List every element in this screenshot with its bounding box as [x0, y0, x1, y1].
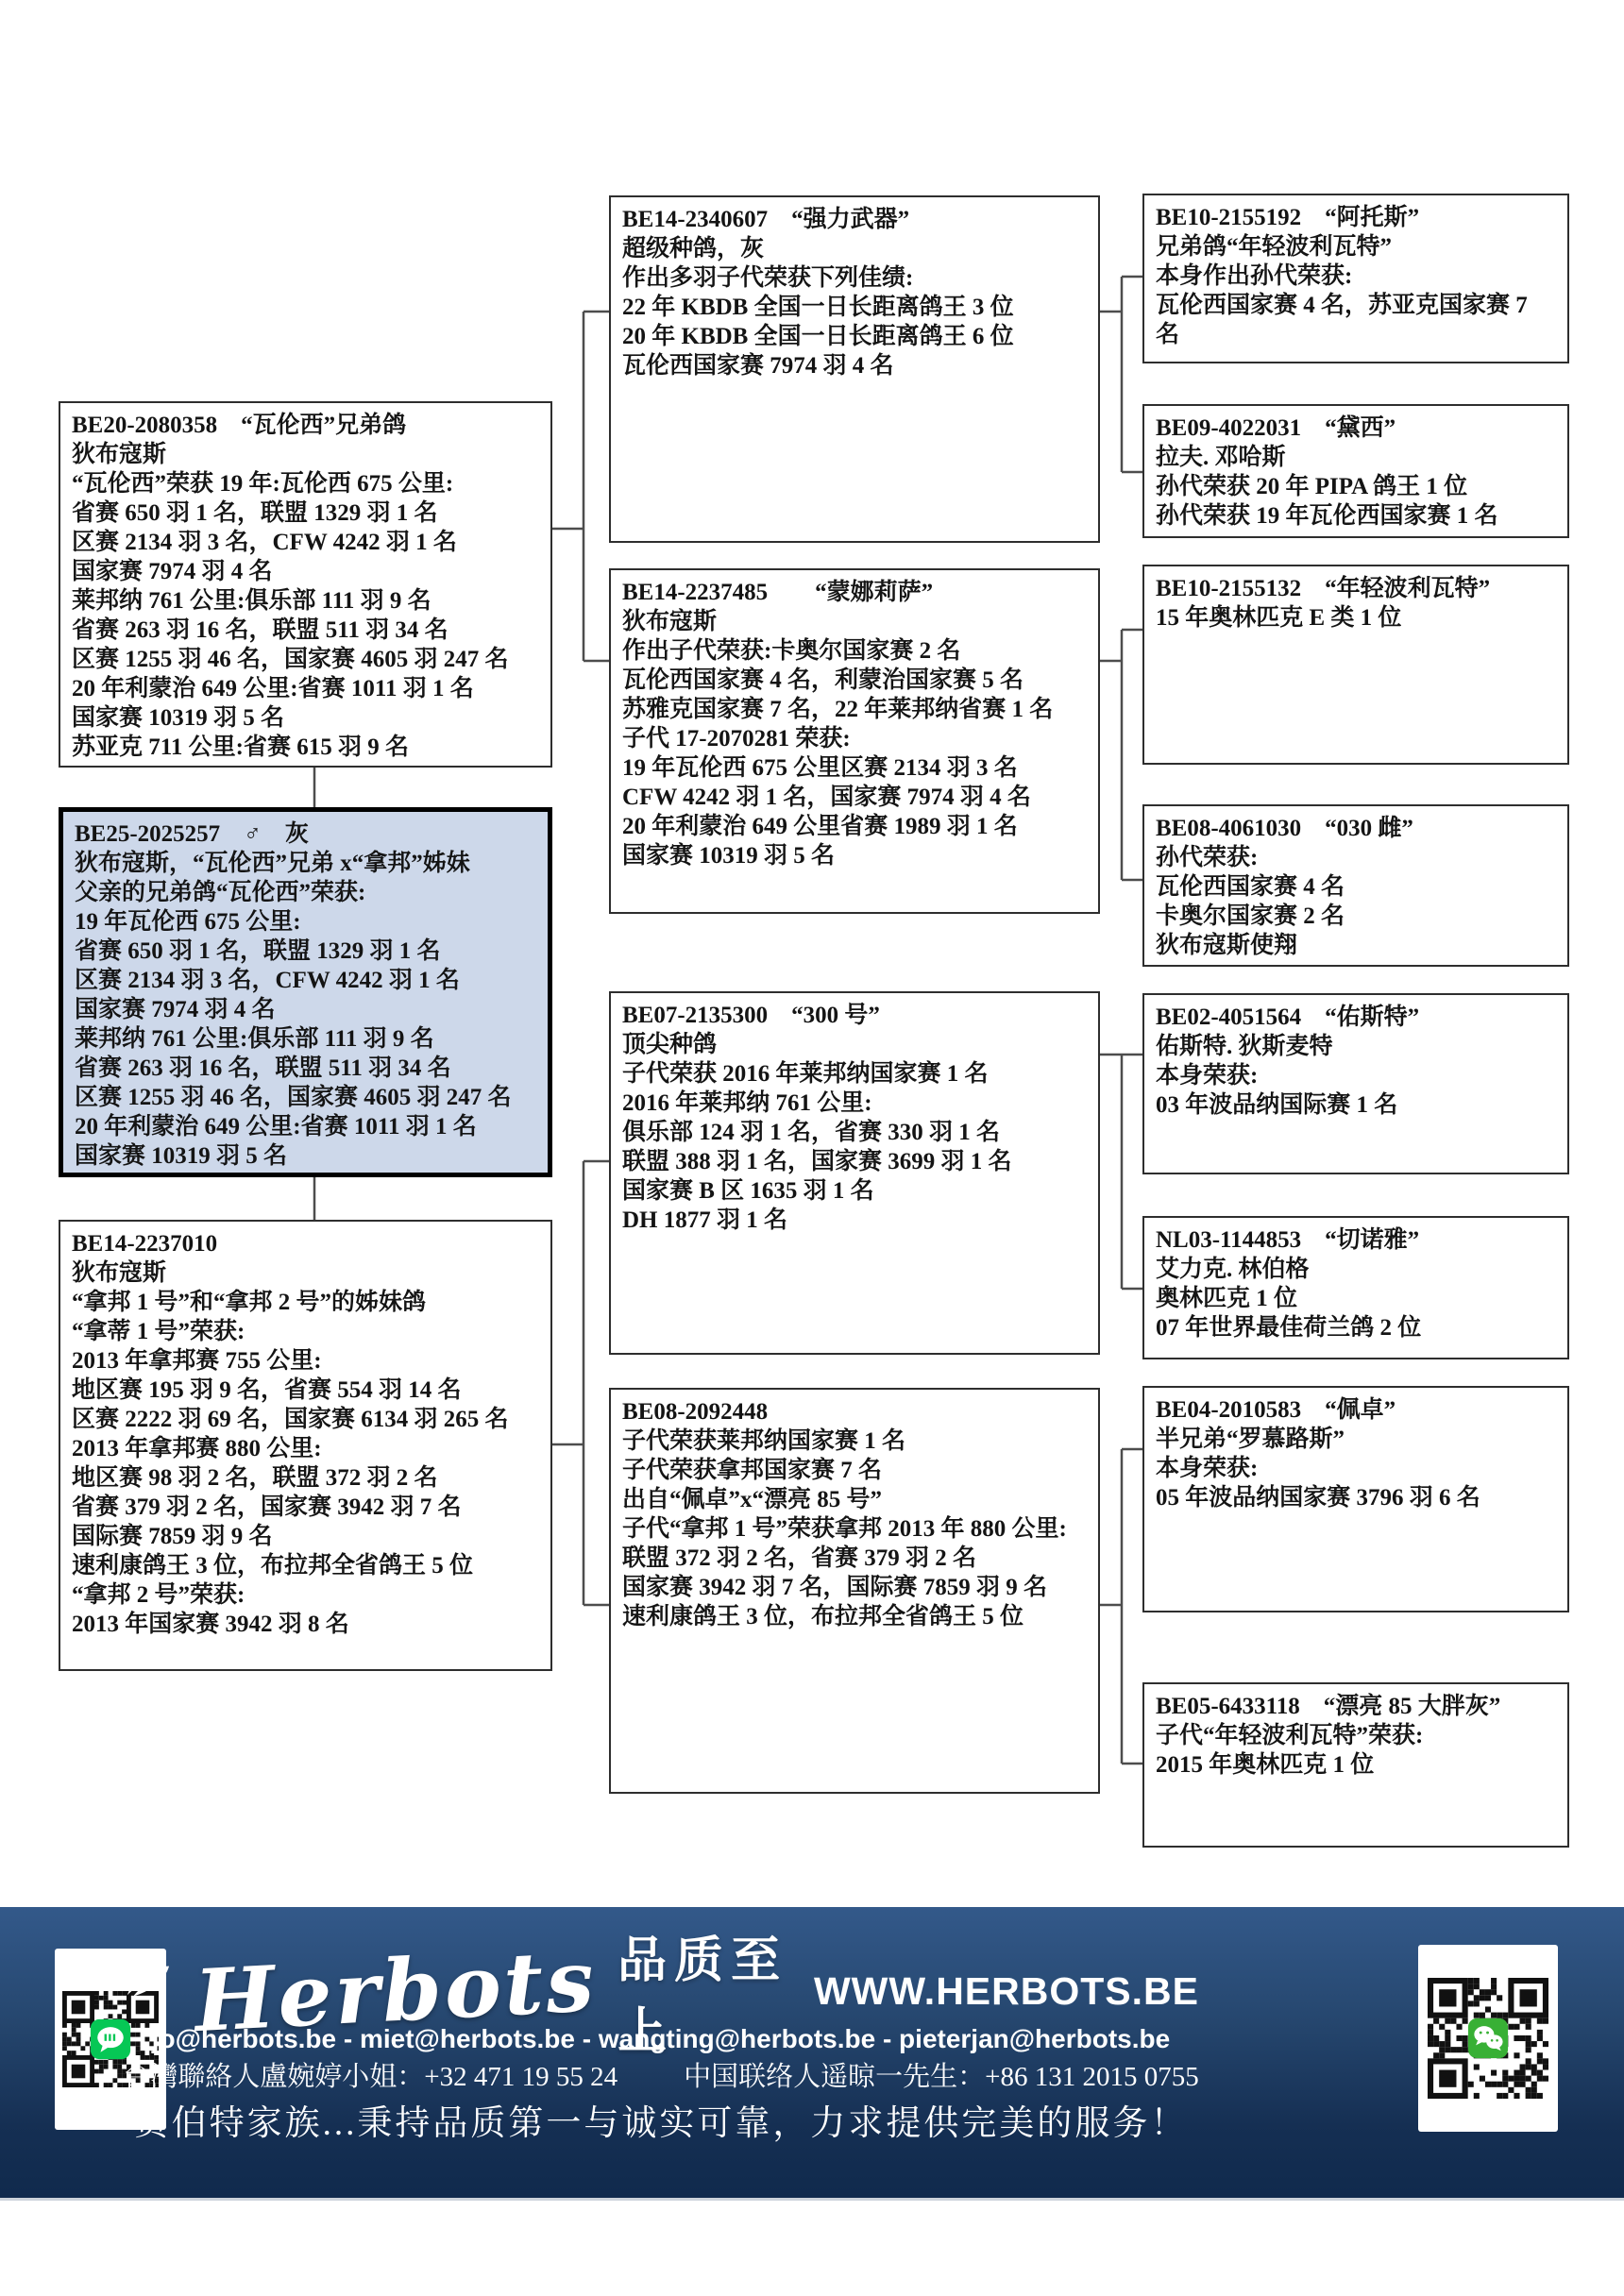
pedigree-text-line: 佑斯特. 狄斯麦特: [1156, 1032, 1556, 1061]
pedigree-box-BE25-2025257-subject: BE25-2025257 ♂ 灰狄布寇斯，“瓦伦西”兄弟 x“拿邦”姊妹父亲的兄…: [59, 807, 552, 1177]
pedigree-text-line: 作出子代荣获:卡奥尔国家赛 2 名: [622, 636, 1087, 666]
pedigree-text-line: 22 年 KBDB 全国一日长距离鸽王 3 位: [622, 293, 1087, 322]
wire-L3-to-M3-M4: [552, 1161, 609, 1605]
pedigree-box-BE05-6433118: BE05-6433118 “漂亮 85 大胖灰”子代“年轻波利瓦特”荣获:201…: [1142, 1682, 1569, 1848]
pedigree-text-line: 国家赛 7974 羽 4 名: [75, 995, 536, 1024]
contact-taiwan: 台灣聯絡人盧婉婷小姐：+32 471 19 55 24: [123, 2064, 617, 2091]
pedigree-text-line: 狄布寇斯: [72, 440, 539, 469]
pigeon-ring-title: BE14-2237010: [72, 1229, 539, 1258]
pigeon-ring-title: BE08-4061030 “030 雌”: [1156, 814, 1556, 843]
pedigree-text-line: 作出多羽子代荣获下列佳绩:: [622, 263, 1087, 293]
pedigree-text-line: 子代“年轻波利瓦特”荣获:: [1156, 1721, 1556, 1750]
footer-banner: Herbots 品质至上 WWW.HERBOTS.BE jo@herbots.b…: [0, 1907, 1624, 2201]
pedigree-page: { "pedigree": { "line_color": "#4d4d4d",…: [0, 0, 1624, 2296]
pedigree-text-line: 19 年瓦伦西 675 公里区赛 2134 羽 3 名: [622, 753, 1087, 783]
pedigree-box-BE14-2340607: BE14-2340607 “强力武器”超级种鸽，灰作出多羽子代荣获下列佳绩:22…: [609, 195, 1100, 543]
pigeon-ring-title: BE25-2025257 ♂ 灰: [75, 819, 536, 849]
pedigree-text-line: 半兄弟“罗慕路斯”: [1156, 1425, 1556, 1454]
pedigree-text-line: “拿邦 2 号”荣获:: [72, 1580, 539, 1610]
pigeon-ring-title: BE09-4022031 “黛西”: [1156, 414, 1556, 443]
pedigree-text-line: 本身荣获:: [1156, 1061, 1556, 1090]
pedigree-text-line: 兄弟鸽“年轻波利瓦特”: [1156, 232, 1556, 262]
pedigree-text-line: “瓦伦西”荣获 19 年:瓦伦西 675 公里:: [72, 469, 539, 498]
pedigree-box-BE02-4051564: BE02-4051564 “佑斯特”佑斯特. 狄斯麦特本身荣获:03 年波品纳国…: [1142, 993, 1569, 1174]
pedigree-text-line: 03 年波品纳国际赛 1 名: [1156, 1090, 1556, 1120]
pigeon-ring-title: BE08-2092448: [622, 1397, 1087, 1427]
pedigree-box-BE10-2155132: BE10-2155132 “年轻波利瓦特”15 年奥林匹克 E 类 1 位: [1142, 565, 1569, 765]
pedigree-text-line: 超级种鸽，灰: [622, 234, 1087, 263]
pedigree-text-line: 艾力克. 林伯格: [1156, 1255, 1556, 1284]
pedigree-text-line: 国际赛 7859 羽 9 名: [72, 1522, 539, 1551]
pedigree-text-line: 2016 年莱邦纳 761 公里:: [622, 1089, 1087, 1118]
pedigree-text-line: 拉夫. 邓哈斯: [1156, 443, 1556, 472]
pedigree-text-line: 子代荣获莱邦纳国家赛 1 名: [622, 1427, 1087, 1456]
pigeon-ring-title: NL03-1144853 “切诺雅”: [1156, 1225, 1556, 1255]
pedigree-text-line: 2013 年国家赛 3942 羽 8 名: [72, 1610, 539, 1639]
pedigree-text-line: 省赛 650 羽 1 名，联盟 1329 羽 1 名: [72, 498, 539, 528]
pedigree-box-BE09-4022031: BE09-4022031 “黛西”拉夫. 邓哈斯孙代荣获 20 年 PIPA 鸽…: [1142, 404, 1569, 538]
pedigree-text-line: 联盟 388 羽 1 名，国家赛 3699 羽 1 名: [622, 1147, 1087, 1176]
pedigree-text-line: 本身荣获:: [1156, 1454, 1556, 1483]
pedigree-text-line: 地区赛 195 羽 9 名，省赛 554 羽 14 名: [72, 1376, 539, 1405]
pedigree-text-line: 区赛 1255 羽 46 名，国家赛 4605 羽 247 名: [75, 1083, 536, 1112]
pedigree-text-line: 19 年瓦伦西 675 公里:: [75, 907, 536, 937]
pedigree-text-line: 05 年波品纳国家赛 3796 羽 6 名: [1156, 1483, 1556, 1512]
pigeon-ring-title: BE04-2010583 “佩卓”: [1156, 1395, 1556, 1425]
pedigree-text-line: 2013 年拿邦赛 755 公里:: [72, 1346, 539, 1376]
pedigree-text-line: 狄布寇斯: [622, 607, 1087, 636]
pedigree-text-line: 2013 年拿邦赛 880 公里:: [72, 1434, 539, 1463]
pedigree-text-line: 联盟 372 羽 2 名，省赛 379 羽 2 名: [622, 1544, 1087, 1573]
pedigree-text-line: 区赛 2222 羽 69 名，国家赛 6134 羽 265 名: [72, 1405, 539, 1434]
pigeon-ring-title: BE10-2155132 “年轻波利瓦特”: [1156, 574, 1556, 603]
pedigree-text-line: 孙代荣获 20 年 PIPA 鸽王 1 位: [1156, 472, 1556, 501]
pedigree-box-BE08-4061030: BE08-4061030 “030 雌”孙代荣获:瓦伦西国家赛 4 名卡奥尔国家…: [1142, 804, 1569, 967]
pigeon-ring-title: BE02-4051564 “佑斯特”: [1156, 1003, 1556, 1032]
pedigree-text-line: 区赛 2134 羽 3 名，CFW 4242 羽 1 名: [75, 966, 536, 995]
pedigree-text-line: 国家赛 10319 羽 5 名: [622, 841, 1087, 870]
pedigree-text-line: 子代 17-2070281 荣获:: [622, 724, 1087, 753]
pedigree-box-BE14-2237010: BE14-2237010狄布寇斯“拿邦 1 号”和“拿邦 2 号”的姊妹鸽“拿蒂…: [59, 1220, 552, 1671]
pedigree-box-BE10-2155192: BE10-2155192 “阿托斯”兄弟鸽“年轻波利瓦特”本身作出孙代荣获:瓦伦…: [1142, 194, 1569, 363]
pedigree-text-line: 国家赛 10319 羽 5 名: [72, 703, 539, 733]
pedigree-text-line: 出自“佩卓”x“漂亮 85 号”: [622, 1485, 1087, 1514]
pedigree-text-line: 莱邦纳 761 公里:俱乐部 111 羽 9 名: [72, 586, 539, 616]
pedigree-text-line: 区赛 1255 羽 46 名，国家赛 4605 羽 247 名: [72, 645, 539, 674]
pigeon-ring-title: BE14-2237485 “蒙娜莉萨”: [622, 578, 1087, 607]
pedigree-text-line: 狄布寇斯使翔: [1156, 931, 1556, 960]
pedigree-text-line: 子代荣获拿邦国家赛 7 名: [622, 1456, 1087, 1485]
pedigree-text-line: 速利康鸽王 3 位，布拉邦全省鸽王 5 位: [72, 1551, 539, 1580]
pedigree-text-line: 子代“拿邦 1 号”荣获拿邦 2013 年 880 公里:: [622, 1514, 1087, 1544]
pigeon-ring-title: BE07-2135300 “300 号”: [622, 1001, 1087, 1030]
pedigree-text-line: 狄布寇斯，“瓦伦西”兄弟 x“拿邦”姊妹: [75, 849, 536, 878]
pedigree-text-line: 本身作出孙代荣获:: [1156, 262, 1556, 291]
website-url: WWW.HERBOTS.BE: [814, 1969, 1199, 2014]
pedigree-box-BE20-2080358: BE20-2080358 “瓦伦西”兄弟鸽狄布寇斯“瓦伦西”荣获 19 年:瓦伦…: [59, 401, 552, 768]
pedigree-text-line: 父亲的兄弟鸽“瓦伦西”荣获:: [75, 878, 536, 907]
pedigree-text-line: 瓦伦西国家赛 7974 羽 4 名: [622, 351, 1087, 380]
pedigree-text-line: 苏亚克 711 公里:省赛 615 羽 9 名: [72, 733, 539, 762]
pedigree-text-line: 20 年利蒙治 649 公里省赛 1989 羽 1 名: [622, 812, 1087, 841]
footer-tagline: 贺伯特家族...秉持品质第一与诚实可靠，力求提供完美的服务！: [85, 2103, 1237, 2145]
pigeon-ring-title: BE10-2155192 “阿托斯”: [1156, 203, 1556, 232]
pedigree-text-line: CFW 4242 羽 1 名，国家赛 7974 羽 4 名: [622, 783, 1087, 812]
feather-icon: [120, 1959, 176, 2003]
wire-L1-to-M1-M2: [552, 312, 609, 661]
pedigree-text-line: 20 年 KBDB 全国一日长距离鸽王 6 位: [622, 322, 1087, 351]
wechat-qr-code: [1418, 1945, 1558, 2132]
pedigree-text-line: 俱乐部 124 羽 1 名，省赛 330 羽 1 名: [622, 1118, 1087, 1147]
contact-emails: jo@herbots.be - miet@herbots.be - wangti…: [85, 2026, 1237, 2052]
pedigree-text-line: 瓦伦西国家赛 4 名，利蒙治国家赛 5 名: [622, 666, 1087, 695]
pedigree-text-line: 卡奥尔国家赛 2 名: [1156, 902, 1556, 931]
pedigree-text-line: 省赛 379 羽 2 名，国家赛 3942 羽 7 名: [72, 1493, 539, 1522]
pedigree-text-line: 区赛 2134 羽 3 名，CFW 4242 羽 1 名: [72, 528, 539, 557]
pedigree-text-line: 20 年利蒙治 649 公里:省赛 1011 羽 1 名: [75, 1112, 536, 1141]
pedigree-text-line: 2015 年奥林匹克 1 位: [1156, 1750, 1556, 1780]
pedigree-text-line: 国家赛 7974 羽 4 名: [72, 557, 539, 586]
pedigree-text-line: 20 年利蒙治 649 公里:省赛 1011 羽 1 名: [72, 674, 539, 703]
pedigree-text-line: “拿蒂 1 号”荣获:: [72, 1317, 539, 1346]
pigeon-ring-title: BE14-2340607 “强力武器”: [622, 205, 1087, 234]
pedigree-text-line: 地区赛 98 羽 2 名，联盟 372 羽 2 名: [72, 1463, 539, 1493]
pedigree-text-line: 国家赛 10319 羽 5 名: [75, 1141, 536, 1171]
pedigree-text-line: 子代荣获 2016 年莱邦纳国家赛 1 名: [622, 1059, 1087, 1089]
pedigree-text-line: 瓦伦西国家赛 4 名: [1156, 872, 1556, 902]
pedigree-box-BE07-2135300: BE07-2135300 “300 号”顶尖种鸽子代荣获 2016 年莱邦纳国家…: [609, 991, 1100, 1355]
pedigree-text-line: 奥林匹克 1 位: [1156, 1284, 1556, 1313]
pedigree-box-BE14-2237485: BE14-2237485 “蒙娜莉萨”狄布寇斯作出子代荣获:卡奥尔国家赛 2 名…: [609, 568, 1100, 914]
pedigree-text-line: 速利康鸽王 3 位，布拉邦全省鸽王 5 位: [622, 1602, 1087, 1631]
pedigree-text-line: 07 年世界最佳荷兰鸽 2 位: [1156, 1313, 1556, 1342]
pedigree-text-line: 莱邦纳 761 公里:俱乐部 111 羽 9 名: [75, 1024, 536, 1054]
wire-M1-to-R1-R2: [1100, 277, 1142, 472]
pedigree-text-line: “拿邦 1 号”和“拿邦 2 号”的姊妹鸽: [72, 1288, 539, 1317]
pedigree-text-line: 狄布寇斯: [72, 1258, 539, 1288]
pigeon-ring-title: BE20-2080358 “瓦伦西”兄弟鸽: [72, 411, 539, 440]
pedigree-text-line: 15 年奥林匹克 E 类 1 位: [1156, 603, 1556, 633]
pedigree-text-line: 瓦伦西国家赛 4 名，苏亚克国家赛 7 名: [1156, 291, 1556, 349]
pedigree-text-line: 省赛 263 羽 16 名，联盟 511 羽 34 名: [72, 616, 539, 645]
wire-M4-to-R7-R8: [1100, 1449, 1142, 1764]
pedigree-text-line: DH 1877 羽 1 名: [622, 1206, 1087, 1235]
pedigree-box-BE04-2010583: BE04-2010583 “佩卓”半兄弟“罗慕路斯”本身荣获:05 年波品纳国家…: [1142, 1386, 1569, 1612]
wechat-app-icon: [1467, 2017, 1509, 2059]
pedigree-text-line: 顶尖种鸽: [622, 1030, 1087, 1059]
pedigree-text-line: 苏雅克国家赛 7 名，22 年莱邦纳省赛 1 名: [622, 695, 1087, 724]
contact-phones: 台灣聯絡人盧婉婷小姐：+32 471 19 55 24 中国联络人遥晾一先生：+…: [85, 2064, 1237, 2091]
pedigree-text-line: 孙代荣获:: [1156, 843, 1556, 872]
pedigree-text-line: 省赛 650 羽 1 名，联盟 1329 羽 1 名: [75, 937, 536, 966]
pigeon-ring-title: BE05-6433118 “漂亮 85 大胖灰”: [1156, 1692, 1556, 1721]
wire-M3-to-R5-R6: [1100, 1055, 1142, 1289]
pedigree-text-line: 国家赛 B 区 1635 羽 1 名: [622, 1176, 1087, 1206]
pedigree-box-BE08-2092448: BE08-2092448子代荣获莱邦纳国家赛 1 名子代荣获拿邦国家赛 7 名出…: [609, 1388, 1100, 1794]
pedigree-box-NL03-1144853: NL03-1144853 “切诺雅”艾力克. 林伯格奥林匹克 1 位07 年世界…: [1142, 1216, 1569, 1359]
pedigree-text-line: 国家赛 3942 羽 7 名，国际赛 7859 羽 9 名: [622, 1573, 1087, 1602]
wire-M2-to-R3-R4: [1100, 630, 1142, 880]
pedigree-text-line: 省赛 263 羽 16 名，联盟 511 羽 34 名: [75, 1054, 536, 1083]
contact-china: 中国联络人遥晾一先生：+86 131 2015 0755: [684, 2064, 1199, 2091]
pedigree-text-line: 孙代荣获 19 年瓦伦西国家赛 1 名: [1156, 501, 1556, 531]
